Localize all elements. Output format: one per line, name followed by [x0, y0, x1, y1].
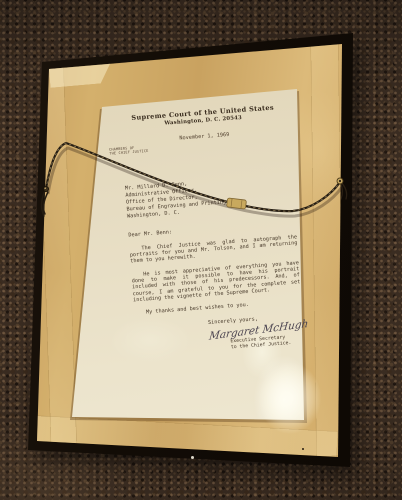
photo-scene: Supreme Court of the United States Washi… — [0, 0, 402, 500]
camera-flash-glare — [252, 352, 336, 448]
dust-speck — [191, 456, 194, 459]
picture-frame: Supreme Court of the United States Washi… — [0, 0, 402, 500]
chambers-block: CHAMBERS OF THE CHIEF JUSTICE — [109, 145, 149, 157]
staple-mark — [302, 448, 304, 450]
body-paragraph: He is most appreciative of everything yo… — [131, 260, 301, 304]
date-line: November 1, 1969 — [106, 127, 302, 147]
letter-body: Mr. Millard D. Benn, Administrative Offi… — [125, 173, 305, 358]
body-paragraph: The Chief Justice was glad to autograph … — [129, 234, 298, 265]
